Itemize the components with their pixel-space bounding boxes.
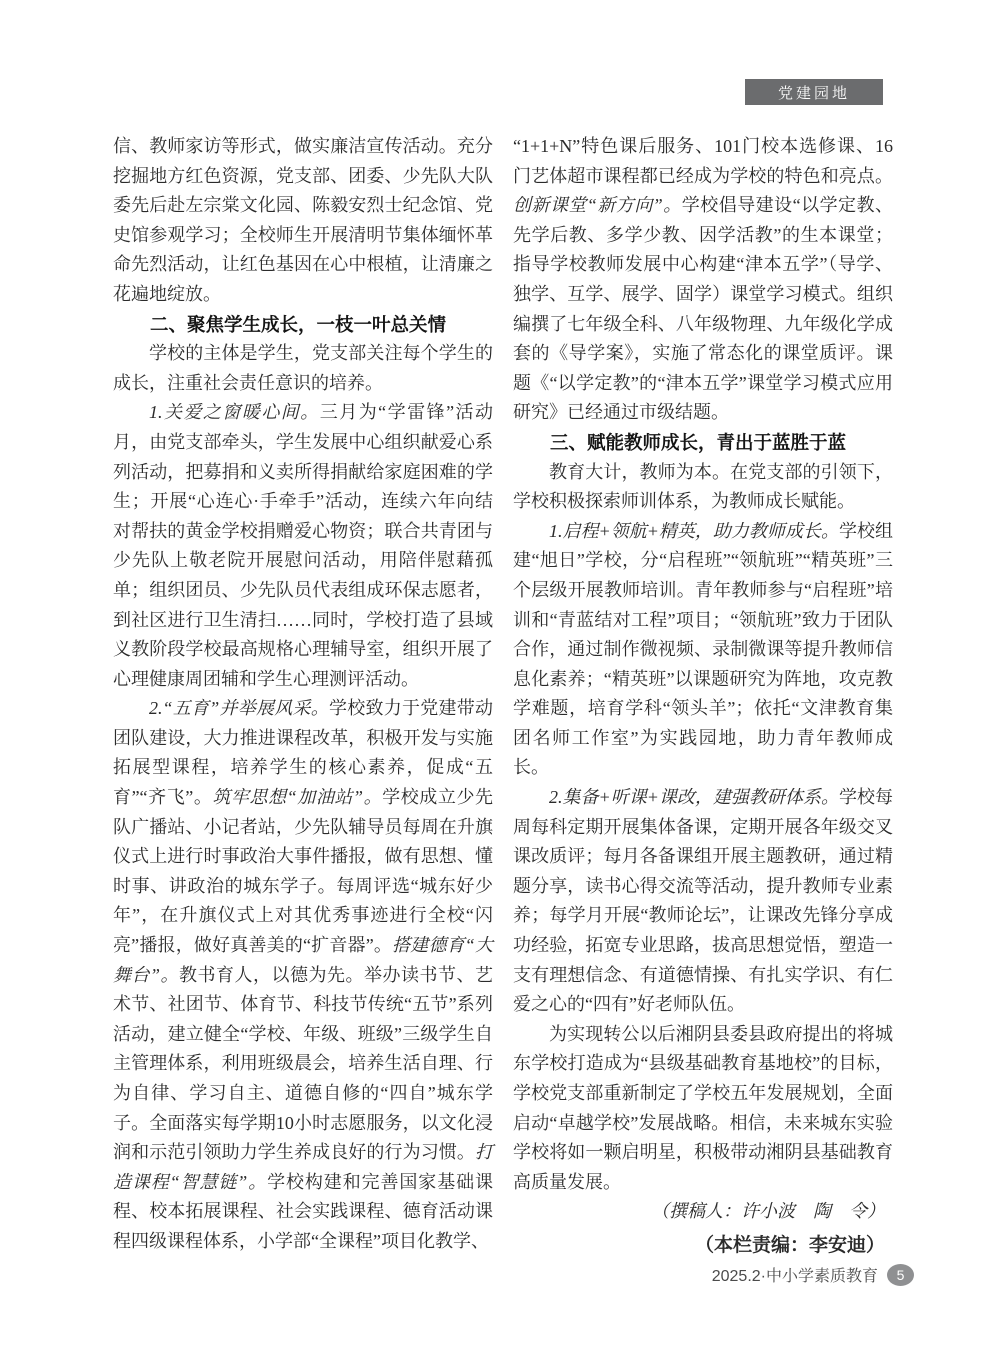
paragraph: 1.关爱之窗暖心间。三月为“学雷锋”活动月，由党支部牵头，学生发展中心组织献爱心…: [113, 398, 493, 694]
emphasis-run: 1.启程+领航+精英，助力教师成长。: [549, 521, 839, 541]
emphasis-run: 2.“五育”并举展风采。: [149, 698, 329, 718]
journal-title: 2025.2·中小学素质教育: [712, 1263, 878, 1286]
section-badge: 党建园地: [745, 79, 883, 105]
paragraph: 1.启程+领航+精英，助力教师成长。学校组建“旭日”学校，分“启程班”“领航班”…: [513, 517, 893, 783]
emphasis-run: 筑牢思想“加油站”。: [212, 787, 382, 807]
section-heading: 二、聚焦学生成长，一枝一叶总关情: [113, 310, 493, 340]
section-heading: 三、赋能教师成长，青出于蓝胜于蓝: [513, 428, 893, 458]
paragraph: 信、教师家访等形式，做实廉洁宣传活动。充分挖掘地方红色资源，党支部、团委、少先队…: [113, 132, 493, 310]
right-column: “1+1+N”特色课后服务、101门校本选修课、16门艺体超市课程都已经成为学校…: [513, 132, 893, 1261]
paragraph: 教育大计，教师为本。在党支部的引领下，学校积极探索师训体系，为教师成长赋能。: [513, 458, 893, 517]
magazine-page: 党建园地 信、教师家访等形式，做实廉洁宣传活动。充分挖掘地方红色资源，党支部、团…: [0, 0, 992, 1346]
section-badge-label: 党建园地: [778, 82, 850, 103]
page-footer: 2025.2·中小学素质教育 5: [712, 1263, 914, 1286]
byline: （本栏责编：李安迪）: [513, 1231, 893, 1261]
text-run: 学校每周每科定期开展集体备课，定期开展各年级交叉课改质评；每月各备课组开展主题教…: [513, 787, 893, 1014]
text-run: 教育大计，教师为本。在党支部的引领下，学校积极探索师训体系，为教师成长赋能。: [513, 462, 893, 512]
byline: （撰稿人：许小波 陶 令）: [513, 1197, 893, 1227]
article-columns: 信、教师家访等形式，做实廉洁宣传活动。充分挖掘地方红色资源，党支部、团委、少先队…: [113, 132, 893, 1261]
emphasis-run: 创新课堂“新方向”。: [513, 195, 682, 215]
paragraph: 学校的主体是学生，党支部关注每个学生的成长，注重社会责任意识的培养。: [113, 339, 493, 398]
paragraph: 为实现转公以后湘阴县委县政府提出的将城东学校打造成为“县级基础教育基地校”的目标…: [513, 1020, 893, 1198]
left-column: 信、教师家访等形式，做实廉洁宣传活动。充分挖掘地方红色资源，党支部、团委、少先队…: [113, 132, 493, 1261]
emphasis-run: 1.关爱之窗暖心间。: [149, 402, 320, 422]
emphasis-run: 2.集备+听课+课改，建强教研体系。: [549, 787, 839, 807]
page-number-badge: 5: [887, 1264, 914, 1286]
text-run: “1+1+N”特色课后服务、101门校本选修课、16门艺体超市课程都已经成为学校…: [513, 136, 893, 186]
text-run: 学校成立少先队广播站、小记者站，少先队辅导员每周在升旗仪式上进行时事政治大事件播…: [113, 787, 493, 955]
paragraph: “1+1+N”特色课后服务、101门校本选修课、16门艺体超市课程都已经成为学校…: [513, 132, 893, 428]
text-run: 为实现转公以后湘阴县委县政府提出的将城东学校打造成为“县级基础教育基地校”的目标…: [513, 1024, 893, 1192]
text-run: 学校倡导建设“以学定教、先学后教、多学少教、因学活教”的生本课堂；指导学校教师发…: [513, 195, 893, 422]
text-run: 学校的主体是学生，党支部关注每个学生的成长，注重社会责任意识的培养。: [113, 343, 493, 393]
text-run: 三月为“学雷锋”活动月，由党支部牵头，学生发展中心组织献爱心系列活动，把募捐和义…: [113, 402, 493, 688]
text-run: 学校组建“旭日”学校，分“启程班”“领航班”“精英班”三个层级开展教师培训。青年…: [513, 521, 893, 778]
text-run: 信、教师家访等形式，做实廉洁宣传活动。充分挖掘地方红色资源，党支部、团委、少先队…: [113, 136, 493, 304]
text-run: 教书育人，以德为先。举办读书节、艺术节、社团节、体育节、科技节传统“五节”系列活…: [113, 965, 493, 1163]
paragraph: 2.集备+听课+课改，建强教研体系。学校每周每科定期开展集体备课，定期开展各年级…: [513, 783, 893, 1020]
paragraph: 2.“五育”并举展风采。学校致力于党建带动团队建设，大力推进课程改革，积极开发与…: [113, 694, 493, 1256]
